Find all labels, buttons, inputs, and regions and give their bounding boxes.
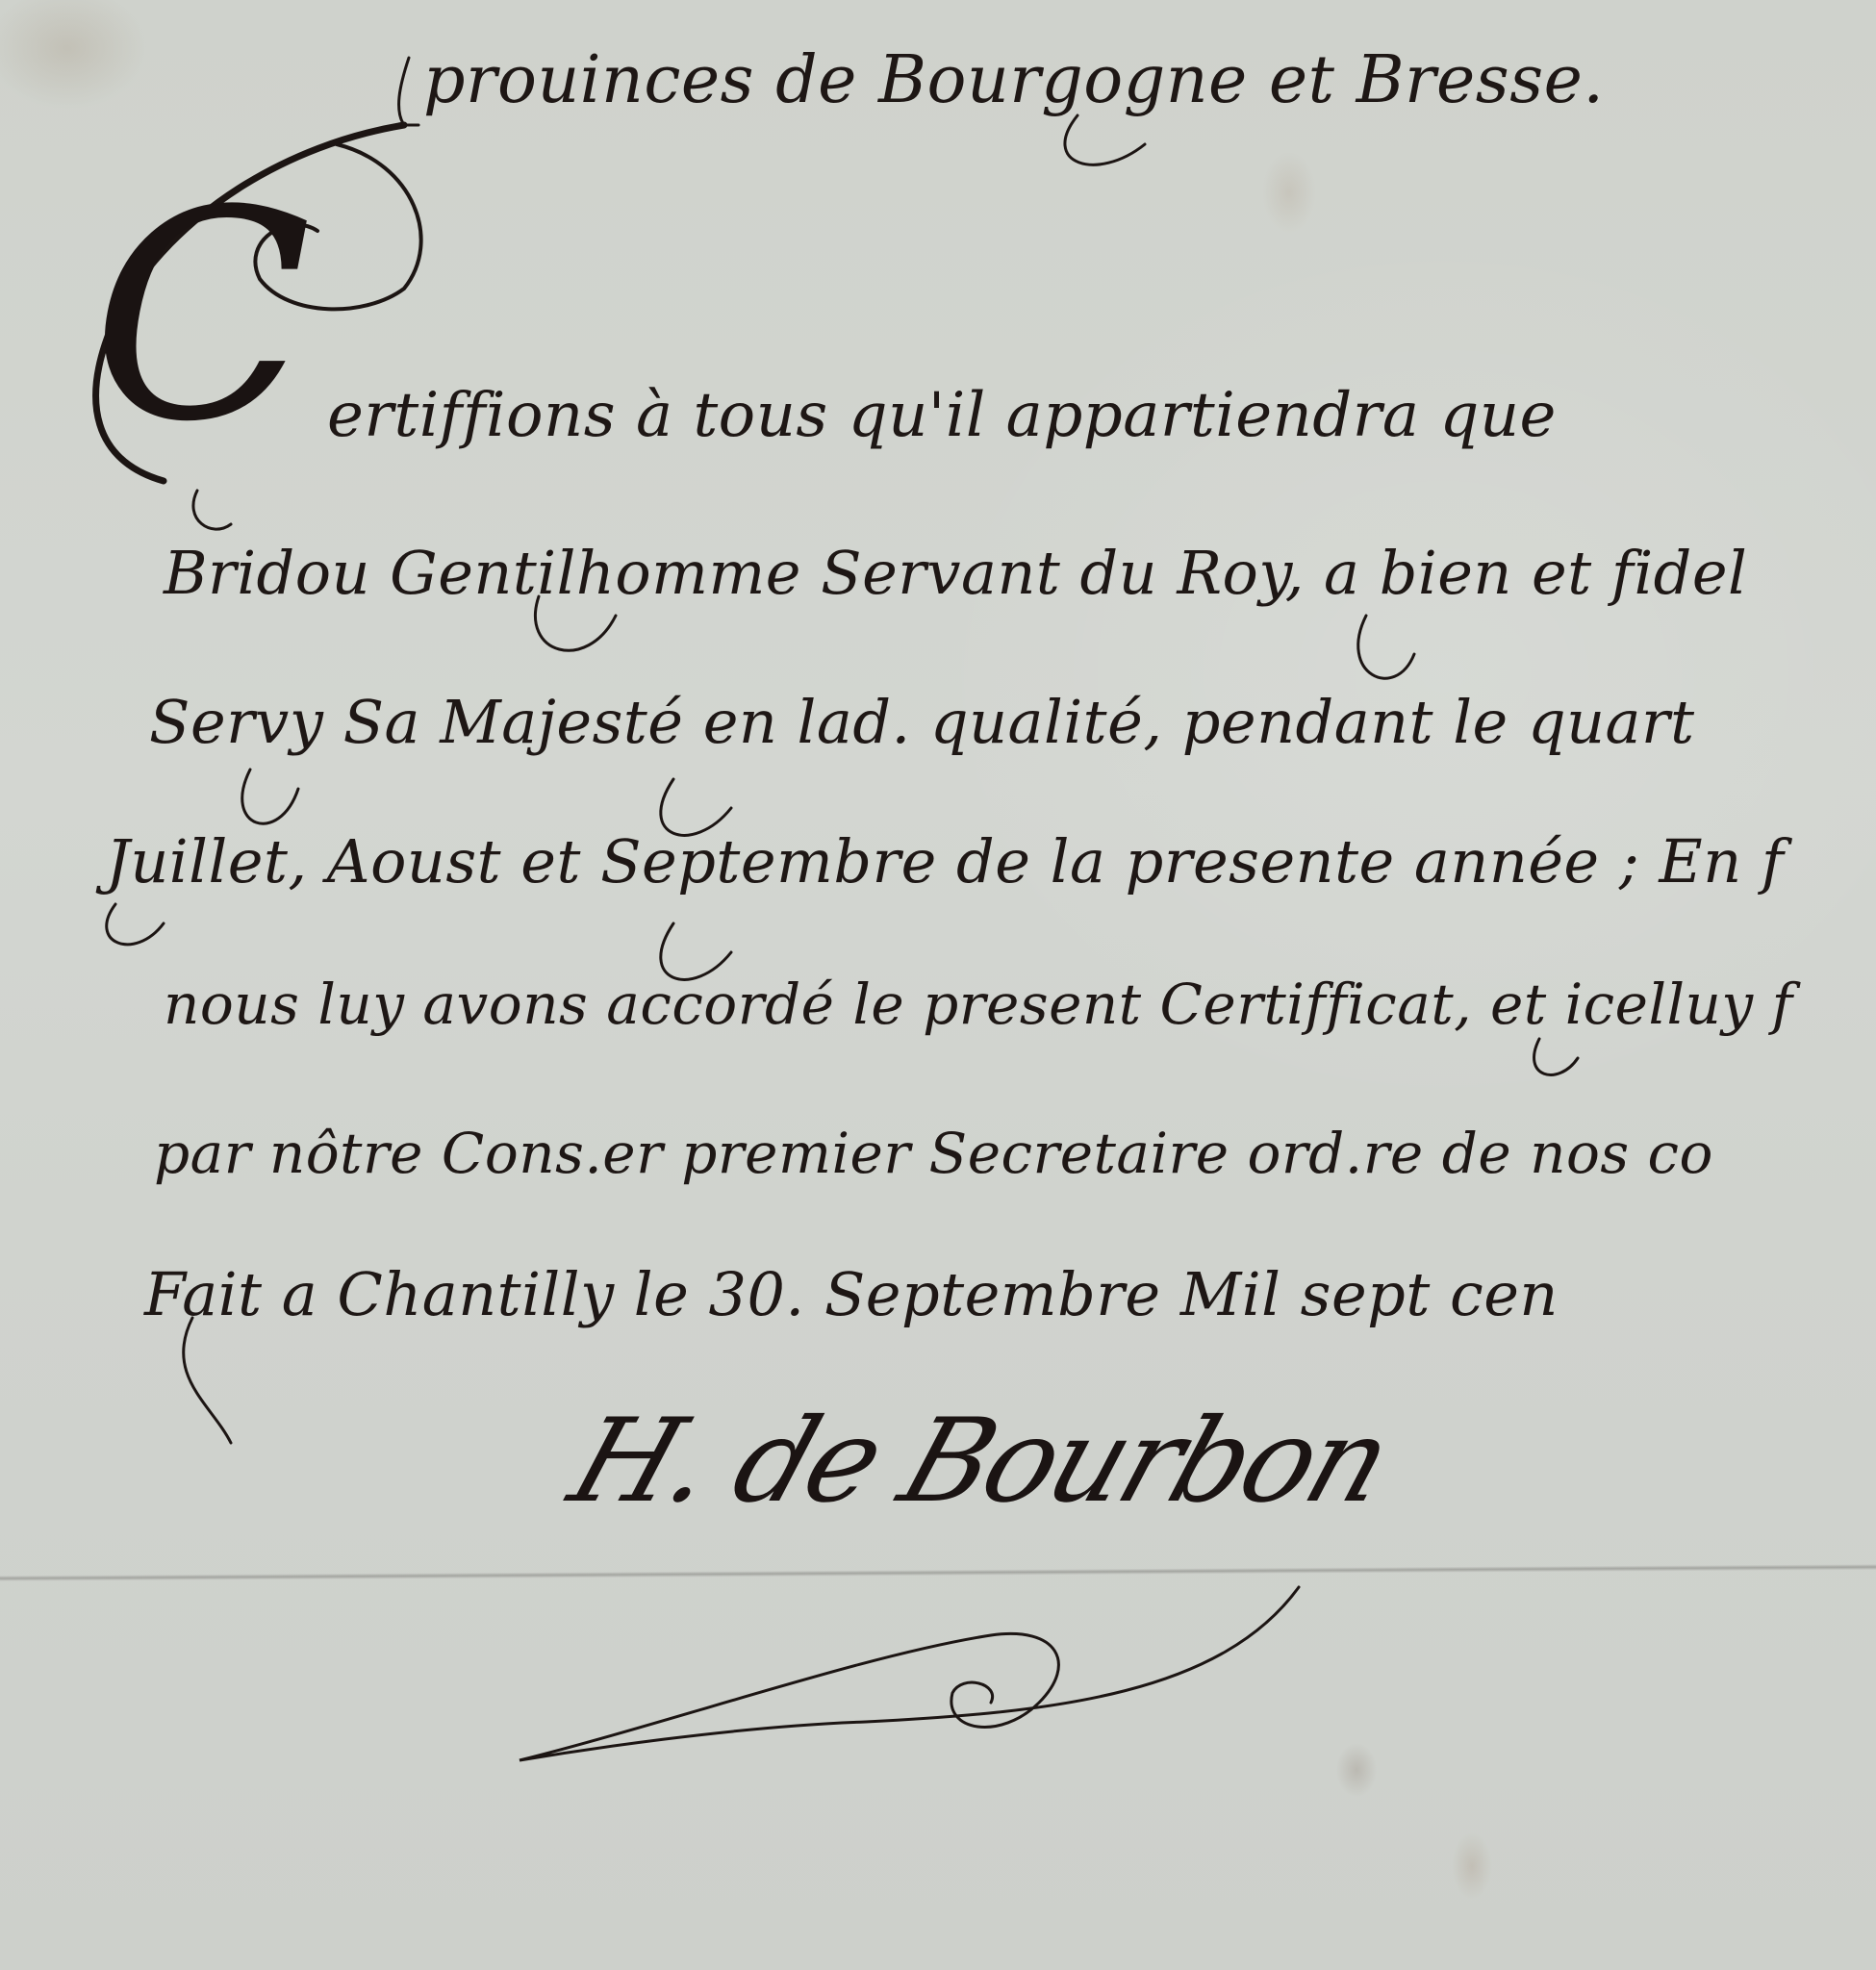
text-line-2: ertiffions à tous qu'il appartiendra que	[327, 385, 1557, 446]
text-line-4: Servy Sa Majesté en lad. qualité, pendan…	[149, 693, 1695, 752]
signature: H. de Bourbon	[555, 1395, 1404, 1528]
text-line-1: prouinces de Bourgogne et Bresse.	[423, 48, 1604, 114]
text-line-3: Bridou Gentilhomme Servant du Roy, a bie…	[164, 543, 1747, 603]
text-line-7: par nôtre Cons.er premier Secretaire ord…	[154, 1125, 1713, 1181]
document-page: C prouinces de Bourgogne et Bresse. erti…	[0, 0, 1876, 1970]
text-line-6: nous luy avons accordé le present Certif…	[164, 976, 1793, 1032]
text-line-5: Juillet, Aoust et Septembre de la presen…	[106, 832, 1784, 892]
text-line-8: Fait a Chantilly le 30. Septembre Mil se…	[144, 1265, 1559, 1325]
drop-cap-letter: C	[91, 173, 313, 462]
